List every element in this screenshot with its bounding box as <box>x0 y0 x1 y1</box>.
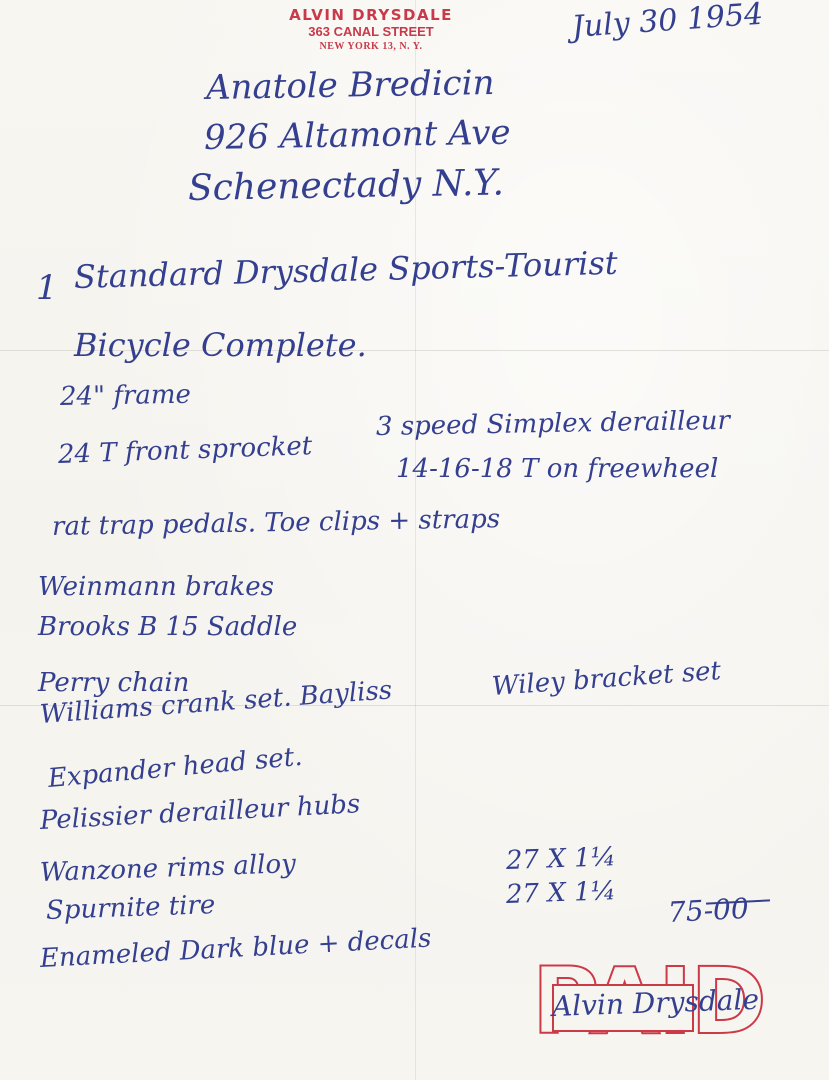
recipient-city: Schenectady N.Y. <box>188 162 505 209</box>
spec-derailleur: 3 speed Simplex derailleur <box>376 406 730 442</box>
order-quantity: 1 <box>36 268 58 308</box>
spec-tires-size: 27 X 1¼ <box>505 876 616 910</box>
letterhead-name: ALVIN DRYSDALE <box>262 6 480 24</box>
spec-rims-size: 27 X 1¼ <box>505 842 616 876</box>
spec-frame: 24" frame <box>60 380 191 412</box>
invoice-price: 75-00 <box>667 892 749 929</box>
letterhead-city: NEW YORK 13, N. Y. <box>262 40 480 53</box>
recipient-street: 926 Altamont Ave <box>204 113 511 158</box>
letterhead: ALVIN DRYSDALE 363 CANAL STREET NEW YORK… <box>262 6 480 53</box>
spec-brakes: Weinmann brakes <box>38 572 274 602</box>
fold-crease <box>415 0 416 1080</box>
letterhead-street: 363 CANAL STREET <box>262 24 480 40</box>
spec-freewheel: 14-16-18 T on freewheel <box>396 454 718 484</box>
recipient-name: Anatole Bredicin <box>206 63 495 108</box>
spec-saddle: Brooks B 15 Saddle <box>38 612 297 642</box>
spec-tires: Spurnite tire <box>45 890 215 926</box>
order-item-line2: Bicycle Complete. <box>74 326 367 364</box>
